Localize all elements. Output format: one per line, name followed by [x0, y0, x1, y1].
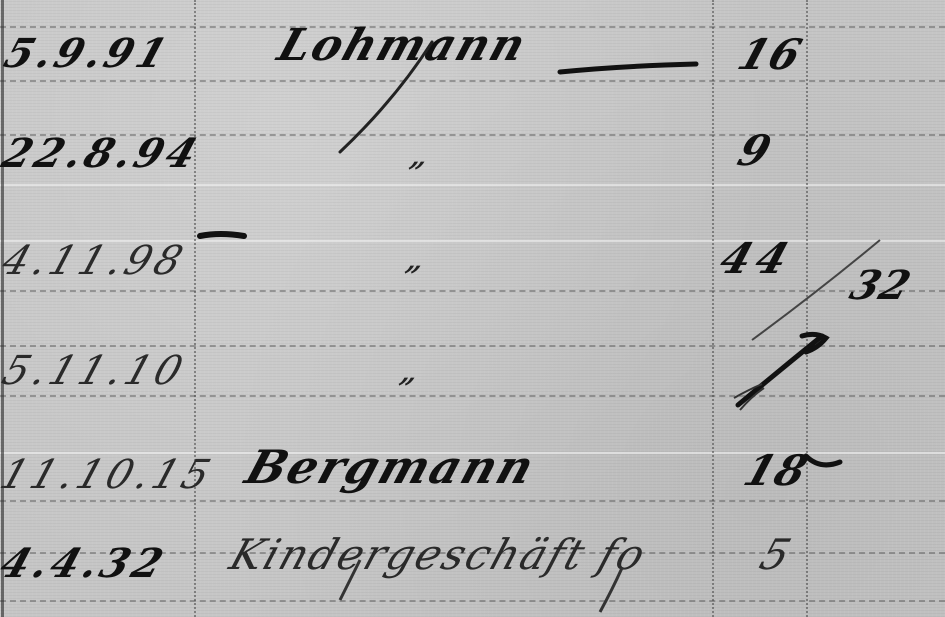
ink-strokes: [0, 0, 945, 617]
ruled-line: [0, 80, 945, 82]
column-divider-left-edge: [1, 0, 4, 617]
row-4-date: 5.11.10: [0, 348, 192, 394]
row-6-date: 4.4.32: [0, 540, 173, 587]
row-4-name-ditto: „: [397, 356, 425, 389]
ruled-line: [0, 345, 945, 347]
row-1-date: 5.9.91: [0, 30, 177, 77]
row-6-name: Kindergeschäft fo: [224, 530, 653, 579]
row-3-note: 32: [844, 262, 917, 309]
row-5-name: Bergmann: [239, 440, 542, 494]
paper-texture: [0, 0, 945, 617]
row-3-number: 44: [714, 234, 800, 283]
ruled-line: [0, 184, 945, 186]
row-6-number: 5: [754, 530, 798, 579]
row-2-name-ditto: „: [407, 140, 435, 173]
row-2-date: 22.8.94: [0, 130, 207, 177]
ledger-page: 5.9.91 Lohmann 16 22.8.94 „ 9 4.11.98 „ …: [0, 0, 945, 617]
column-divider-number: [806, 0, 808, 617]
row-3-date: 4.11.98: [0, 238, 192, 284]
ruled-line: [0, 395, 945, 397]
column-divider-name: [712, 0, 714, 617]
column-divider-date: [194, 0, 196, 617]
row-3-name-ditto: „: [403, 244, 431, 277]
name-underline-stroke: [560, 64, 696, 72]
row-1-number: 16: [732, 30, 808, 79]
row-1-name: Lohmann: [272, 20, 534, 71]
ruled-line: [0, 500, 945, 502]
row-5-date: 11.10.15: [0, 452, 220, 498]
row-4-number: 47: [720, 350, 796, 399]
ruled-line: [0, 600, 945, 602]
ruled-line: [0, 290, 945, 292]
